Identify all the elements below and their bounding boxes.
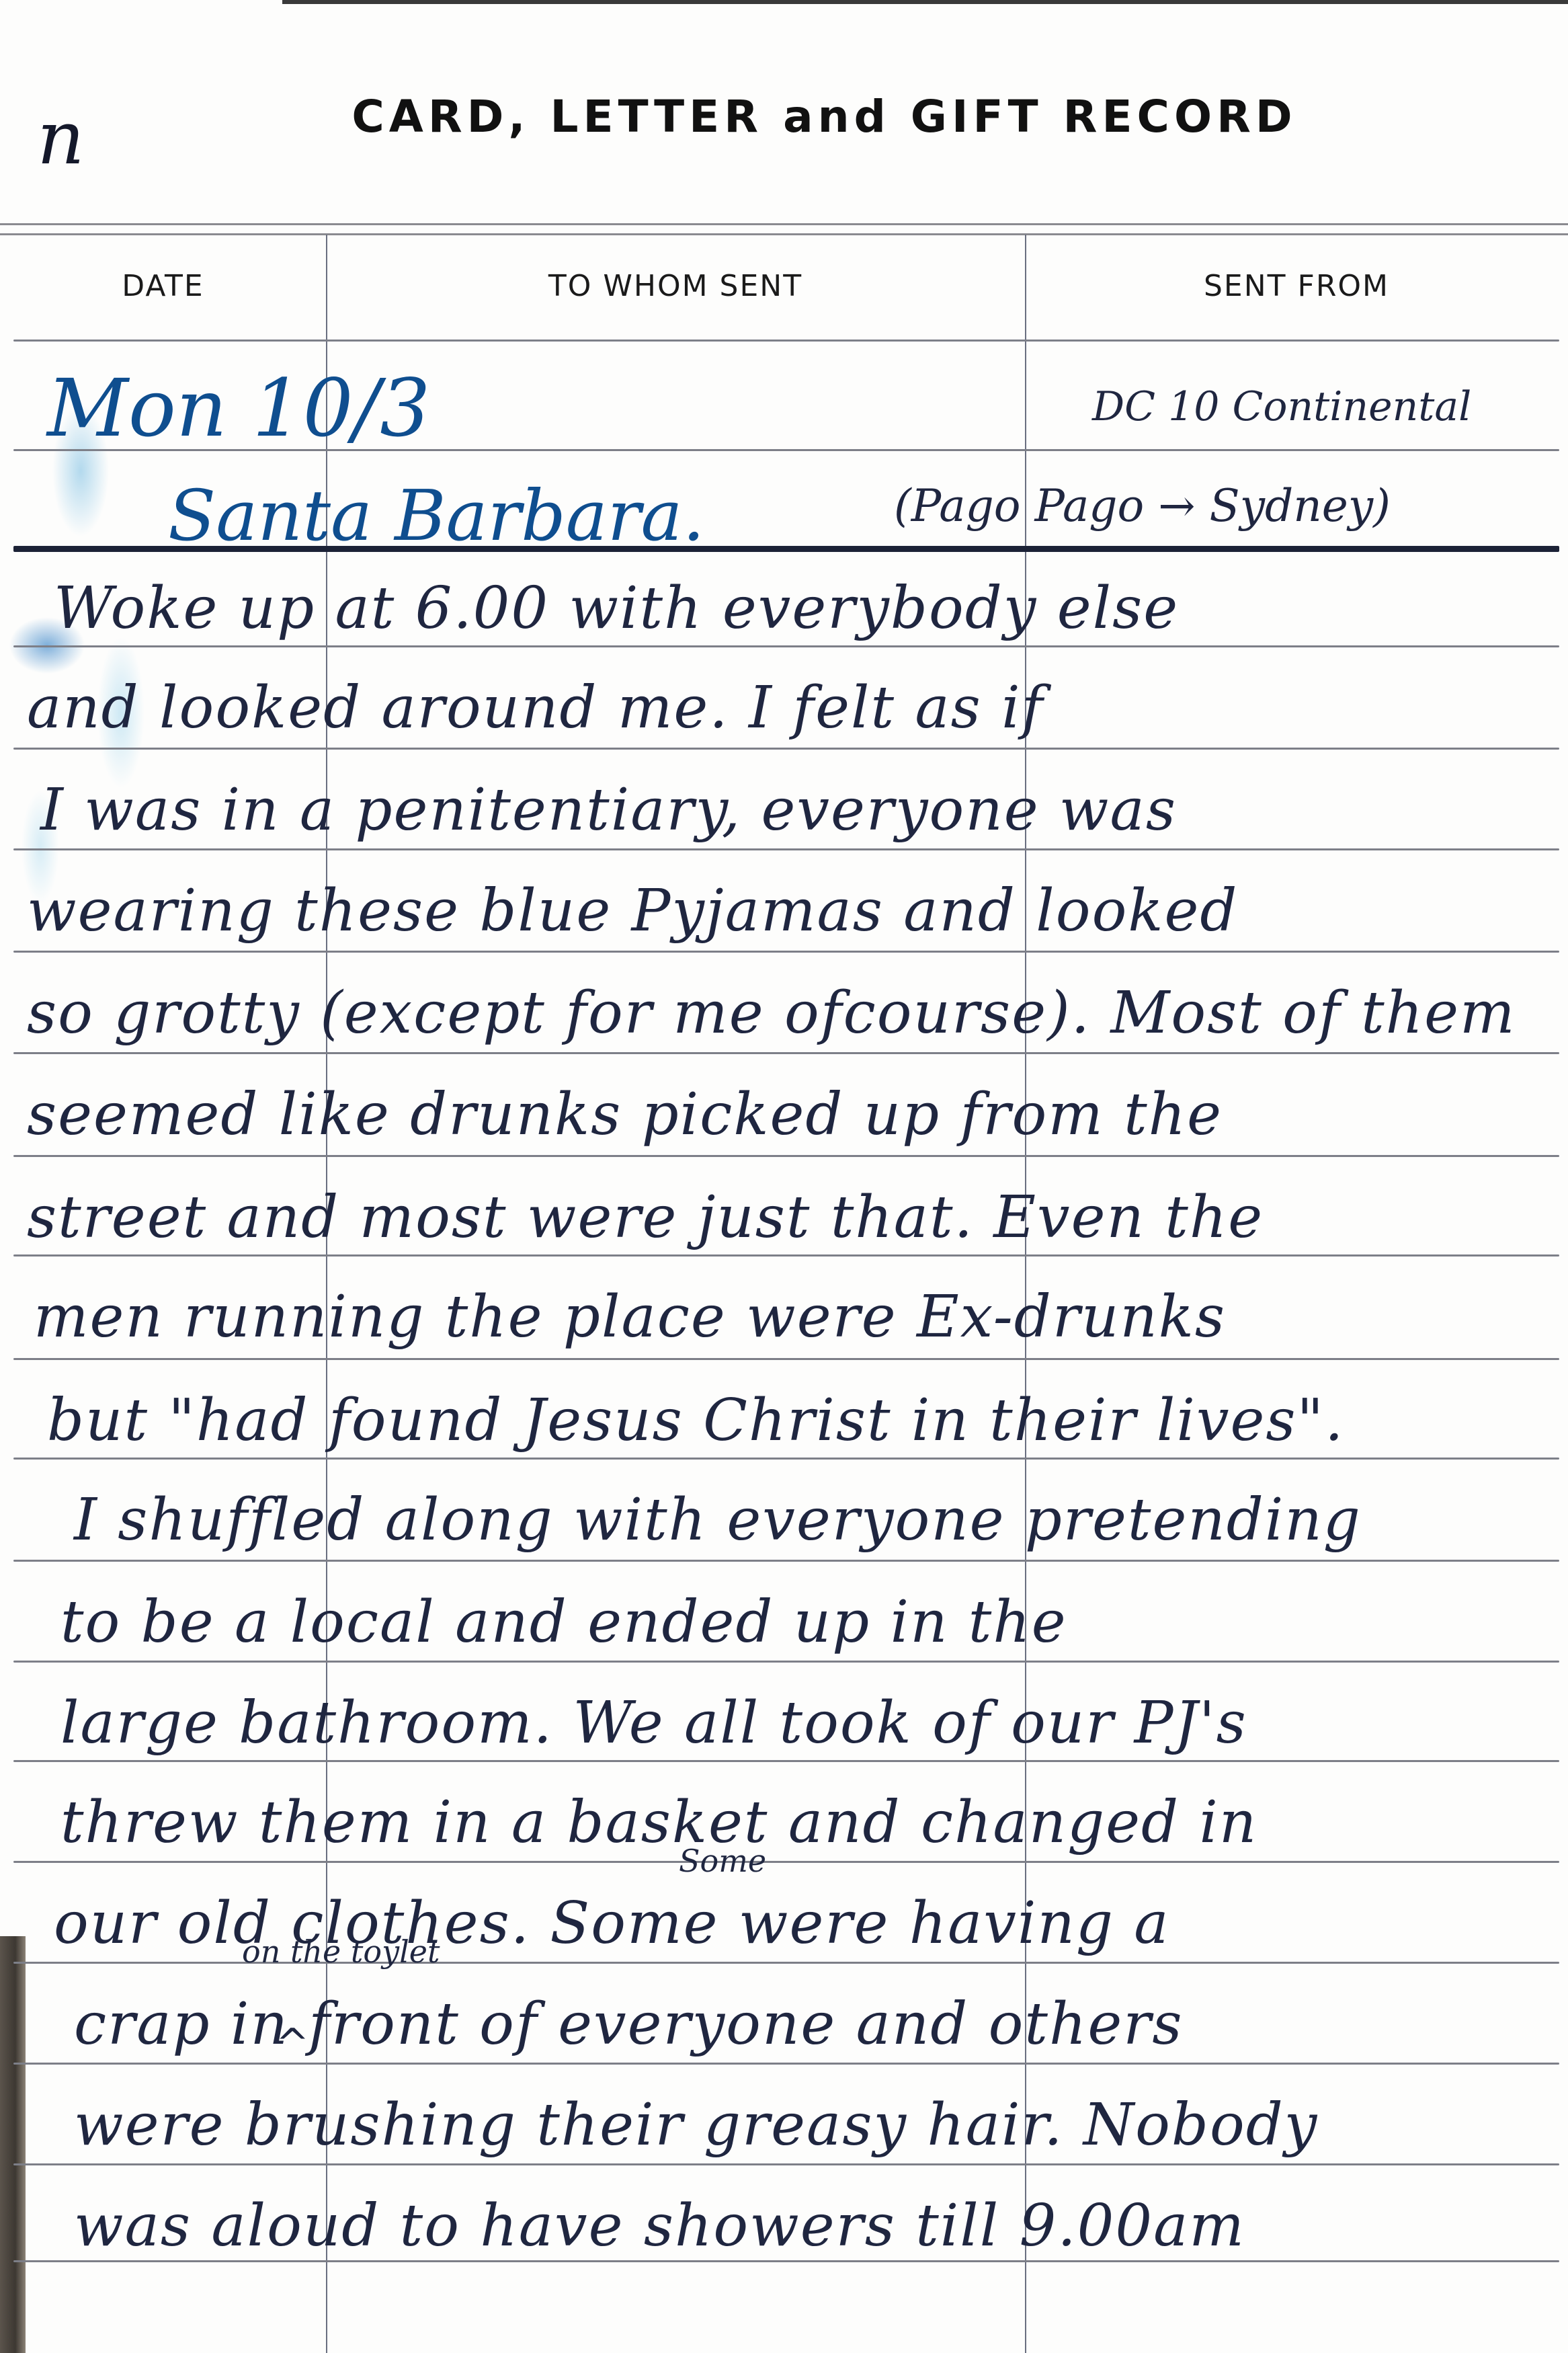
diary-page: n CARD, LETTER and GIFT RECORD DATE TO W… <box>0 0 1568 2353</box>
ruled-line <box>13 1358 1559 1360</box>
ruled-line <box>13 1458 1559 1460</box>
diary-line: men running the place were Ex-drunks <box>34 1288 1226 1346</box>
column-header-date: DATE <box>0 269 326 303</box>
ruled-line <box>13 848 1559 850</box>
ruled-line <box>13 645 1559 647</box>
diary-line: wearing these blue Pyjamas and looked <box>27 882 1238 940</box>
diary-line: street and most were just that. Even the <box>27 1189 1264 1246</box>
diary-line: threw them in a basket and changed in <box>60 1794 1257 1851</box>
route-note: (Pago Pago → Sydney) <box>894 484 1391 528</box>
diary-line: I was in a penitentiary, everyone was <box>40 781 1177 839</box>
diary-line: Woke up at 6.00 with everybody else <box>54 580 1179 637</box>
flight-note: DC 10 Continental <box>1092 387 1471 427</box>
diary-line: crap in front of everyone and others <box>74 1995 1184 2053</box>
ruled-line <box>13 1861 1559 1863</box>
insertion-some: Some <box>679 1845 766 1876</box>
ruled-line <box>13 1155 1559 1157</box>
insertion-on-the-toilet: on the toylet <box>242 1936 440 1967</box>
diary-line: seemed like drunks picked up from the <box>27 1086 1223 1144</box>
ruled-line <box>13 2063 1559 2065</box>
column-header-to-whom-sent: TO WHOM SENT <box>326 269 1025 303</box>
entry-date: Mon 10/3 <box>47 368 430 448</box>
ruled-line <box>13 1254 1559 1257</box>
ruled-line <box>13 951 1559 953</box>
ruled-line <box>13 748 1559 750</box>
ruled-line <box>13 1560 1559 1562</box>
diary-line: to be a local and ended up in the <box>60 1593 1067 1651</box>
insertion-caret: ^ <box>276 2020 309 2067</box>
diary-line: large bathroom. We all took of our PJ's <box>60 1694 1247 1752</box>
diary-line: was aloud to have showers till 9.00am <box>74 2197 1245 2255</box>
page-top-edge <box>282 0 1568 4</box>
diary-line: so grotty (except for me ofcourse). Most… <box>27 984 1516 1042</box>
binding-edge <box>0 1936 26 2353</box>
ruled-line <box>13 1760 1559 1762</box>
header-rule-top <box>0 223 1568 225</box>
ruled-line <box>13 2163 1559 2165</box>
ruled-line <box>13 1052 1559 1054</box>
ruled-line <box>13 1661 1559 1663</box>
diary-line: our old clothes. Some were having a <box>54 1895 1170 1952</box>
diary-line: I shuffled along with everyone pretendin… <box>74 1491 1362 1549</box>
column-header-sent-from: SENT FROM <box>1025 269 1568 303</box>
ruled-line <box>13 340 1559 342</box>
diary-line: were brushing their greasy hair. Nobody <box>74 2096 1318 2154</box>
ruled-line <box>13 2260 1559 2262</box>
page-title: CARD, LETTER and GIFT RECORD <box>0 91 1568 143</box>
header-rule-bottom <box>0 233 1568 235</box>
diary-line: but "had found Jesus Christ in their liv… <box>47 1392 1344 1449</box>
diary-line: and looked around me. I felt as if <box>27 679 1044 737</box>
entry-place: Santa Barbara. <box>168 481 705 551</box>
